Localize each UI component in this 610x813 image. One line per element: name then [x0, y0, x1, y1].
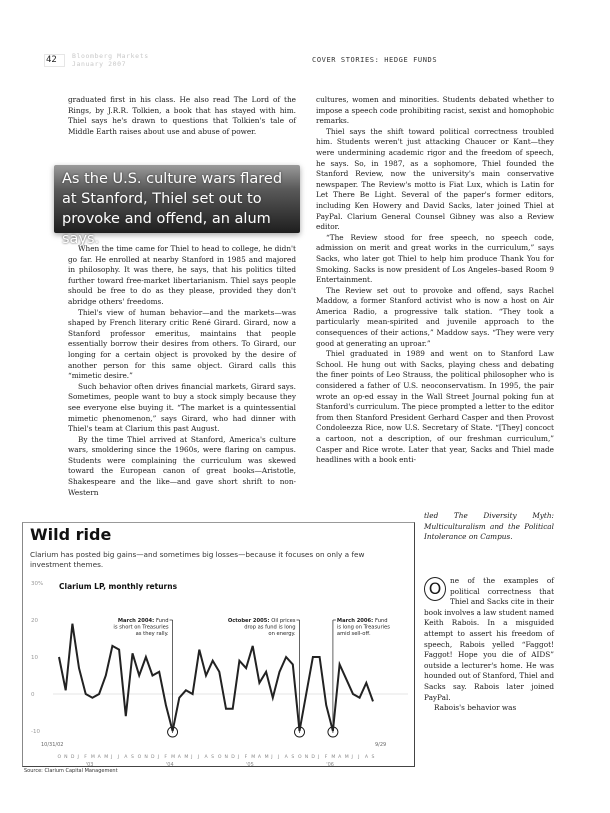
x-month-label: N — [225, 754, 228, 760]
x-month-label: N — [305, 754, 308, 760]
paragraph: cultures, women and minorities. Students… — [316, 95, 554, 127]
paragraph: Such behavior often drives financial mar… — [68, 382, 296, 435]
start-date-label: 10/31/02 — [41, 742, 63, 748]
x-month-label: J — [237, 754, 239, 760]
paragraph: Thiel's view of human behavior—and the m… — [68, 308, 296, 382]
end-date-label: 9/29 — [375, 742, 386, 748]
drop-cap: O — [424, 577, 446, 601]
x-month-label: D — [231, 754, 235, 760]
x-month-label: J — [157, 754, 159, 760]
paragraph: Thiel graduated in 1989 and went on to S… — [316, 349, 554, 466]
x-month-label: A — [204, 754, 208, 760]
x-month-label: J — [270, 754, 272, 760]
article-column-3: One of the examples of political correct… — [424, 576, 554, 714]
article-column-1: When the time came for Thiel to head to … — [68, 244, 296, 498]
x-month-label: O — [58, 754, 62, 760]
x-month-label: J — [317, 754, 319, 760]
chart-inner-title: Clarium LP, monthly returns — [59, 582, 178, 591]
x-month-label: S — [291, 754, 294, 760]
x-month-label: M — [265, 754, 269, 760]
paragraph: When the time came for Thiel to head to … — [68, 244, 296, 308]
x-month-label: D — [151, 754, 155, 760]
x-month-label: A — [178, 754, 182, 760]
article-column-1-top: graduated first in his class. He also re… — [68, 95, 296, 137]
x-month-label: M — [104, 754, 108, 760]
x-month-label: M — [331, 754, 335, 760]
paragraph: tled The Diversity Myth: Multiculturalis… — [424, 511, 554, 543]
y-tick-label: 20 — [31, 618, 38, 624]
x-month-label: F — [325, 754, 328, 760]
x-month-label: M — [251, 754, 255, 760]
x-month-label: J — [350, 754, 352, 760]
x-month-label: F — [245, 754, 248, 760]
x-month-label: J — [197, 754, 199, 760]
x-month-label: A — [285, 754, 289, 760]
x-month-label: J — [110, 754, 112, 760]
paragraph: The Review set out to provoke and offend… — [316, 286, 554, 350]
x-month-label: F — [84, 754, 87, 760]
x-month-label: O — [218, 754, 222, 760]
x-month-label: S — [211, 754, 214, 760]
line-chart: 30%20100-10Clarium LP, monthly returnsMa… — [23, 571, 414, 766]
x-month-label: M — [184, 754, 188, 760]
x-month-label: S — [131, 754, 134, 760]
pull-quote-box: As the U.S. culture wars flared at Stanf… — [54, 165, 300, 233]
y-tick-label: 0 — [31, 692, 35, 698]
paragraph: “The Review stood for free speech, no sp… — [316, 233, 554, 286]
issue-date: January 2007 — [72, 60, 149, 68]
x-month-label: S — [372, 754, 375, 760]
x-year-label: '04 — [166, 762, 174, 766]
x-month-label: M — [91, 754, 95, 760]
x-month-label: F — [164, 754, 167, 760]
publication-info: Bloomberg Markets January 2007 — [72, 52, 149, 68]
paragraph: Thiel says the shift toward political co… — [316, 127, 554, 233]
chart-annotation: March 2006: Fundis long on Treasuriesami… — [337, 618, 390, 637]
article-column-2: cultures, women and minorities. Students… — [316, 95, 554, 466]
x-year-label: '06 — [326, 762, 334, 766]
x-month-label: D — [71, 754, 75, 760]
x-month-label: J — [77, 754, 79, 760]
x-month-label: A — [365, 754, 369, 760]
section-header: COVER STORIES: HEDGE FUNDS — [312, 56, 437, 64]
x-month-label: A — [98, 754, 102, 760]
x-month-label: N — [64, 754, 67, 760]
chart-subtitle: Clarium has posted big gains—and sometim… — [30, 550, 390, 569]
y-tick-label: 10 — [31, 655, 38, 661]
chart-annotation: October 2005: Oil pricesdrop as fund is … — [228, 618, 296, 637]
x-month-label: M — [345, 754, 349, 760]
x-month-label: D — [311, 754, 315, 760]
chart-title: Wild ride — [30, 525, 111, 544]
paragraph: By the time Thiel arrived at Stanford, A… — [68, 435, 296, 499]
x-month-label: J — [277, 754, 279, 760]
pull-quote: As the U.S. culture wars flared at Stanf… — [62, 169, 294, 249]
returns-line — [59, 624, 373, 731]
paragraph: Rabois's behavior was — [424, 703, 554, 714]
x-month-label: A — [338, 754, 342, 760]
chart-source: Source: Clarium Capital Management — [24, 768, 118, 774]
chart-wild-ride: Wild ride Clarium has posted big gains—a… — [22, 522, 415, 767]
x-month-label: O — [298, 754, 302, 760]
x-month-label: A — [258, 754, 262, 760]
x-year-label: '03 — [86, 762, 94, 766]
y-tick-label: 30% — [31, 581, 43, 587]
x-month-label: M — [171, 754, 175, 760]
x-month-label: A — [124, 754, 128, 760]
x-month-label: O — [138, 754, 142, 760]
article-column-2-tail: tled The Diversity Myth: Multiculturalis… — [424, 511, 554, 543]
x-month-label: J — [190, 754, 192, 760]
publication-name: Bloomberg Markets — [72, 52, 149, 60]
chart-annotation: March 2004: Fundis short on Treasuriesas… — [113, 618, 168, 637]
page-number: 42 — [44, 54, 65, 67]
x-month-label: J — [117, 754, 119, 760]
paragraph: One of the examples of political correct… — [424, 576, 554, 703]
x-year-label: '05 — [246, 762, 254, 766]
x-month-label: J — [357, 754, 359, 760]
x-month-label: N — [144, 754, 147, 760]
y-tick-label: -10 — [31, 729, 40, 735]
paragraph: graduated first in his class. He also re… — [68, 95, 296, 137]
